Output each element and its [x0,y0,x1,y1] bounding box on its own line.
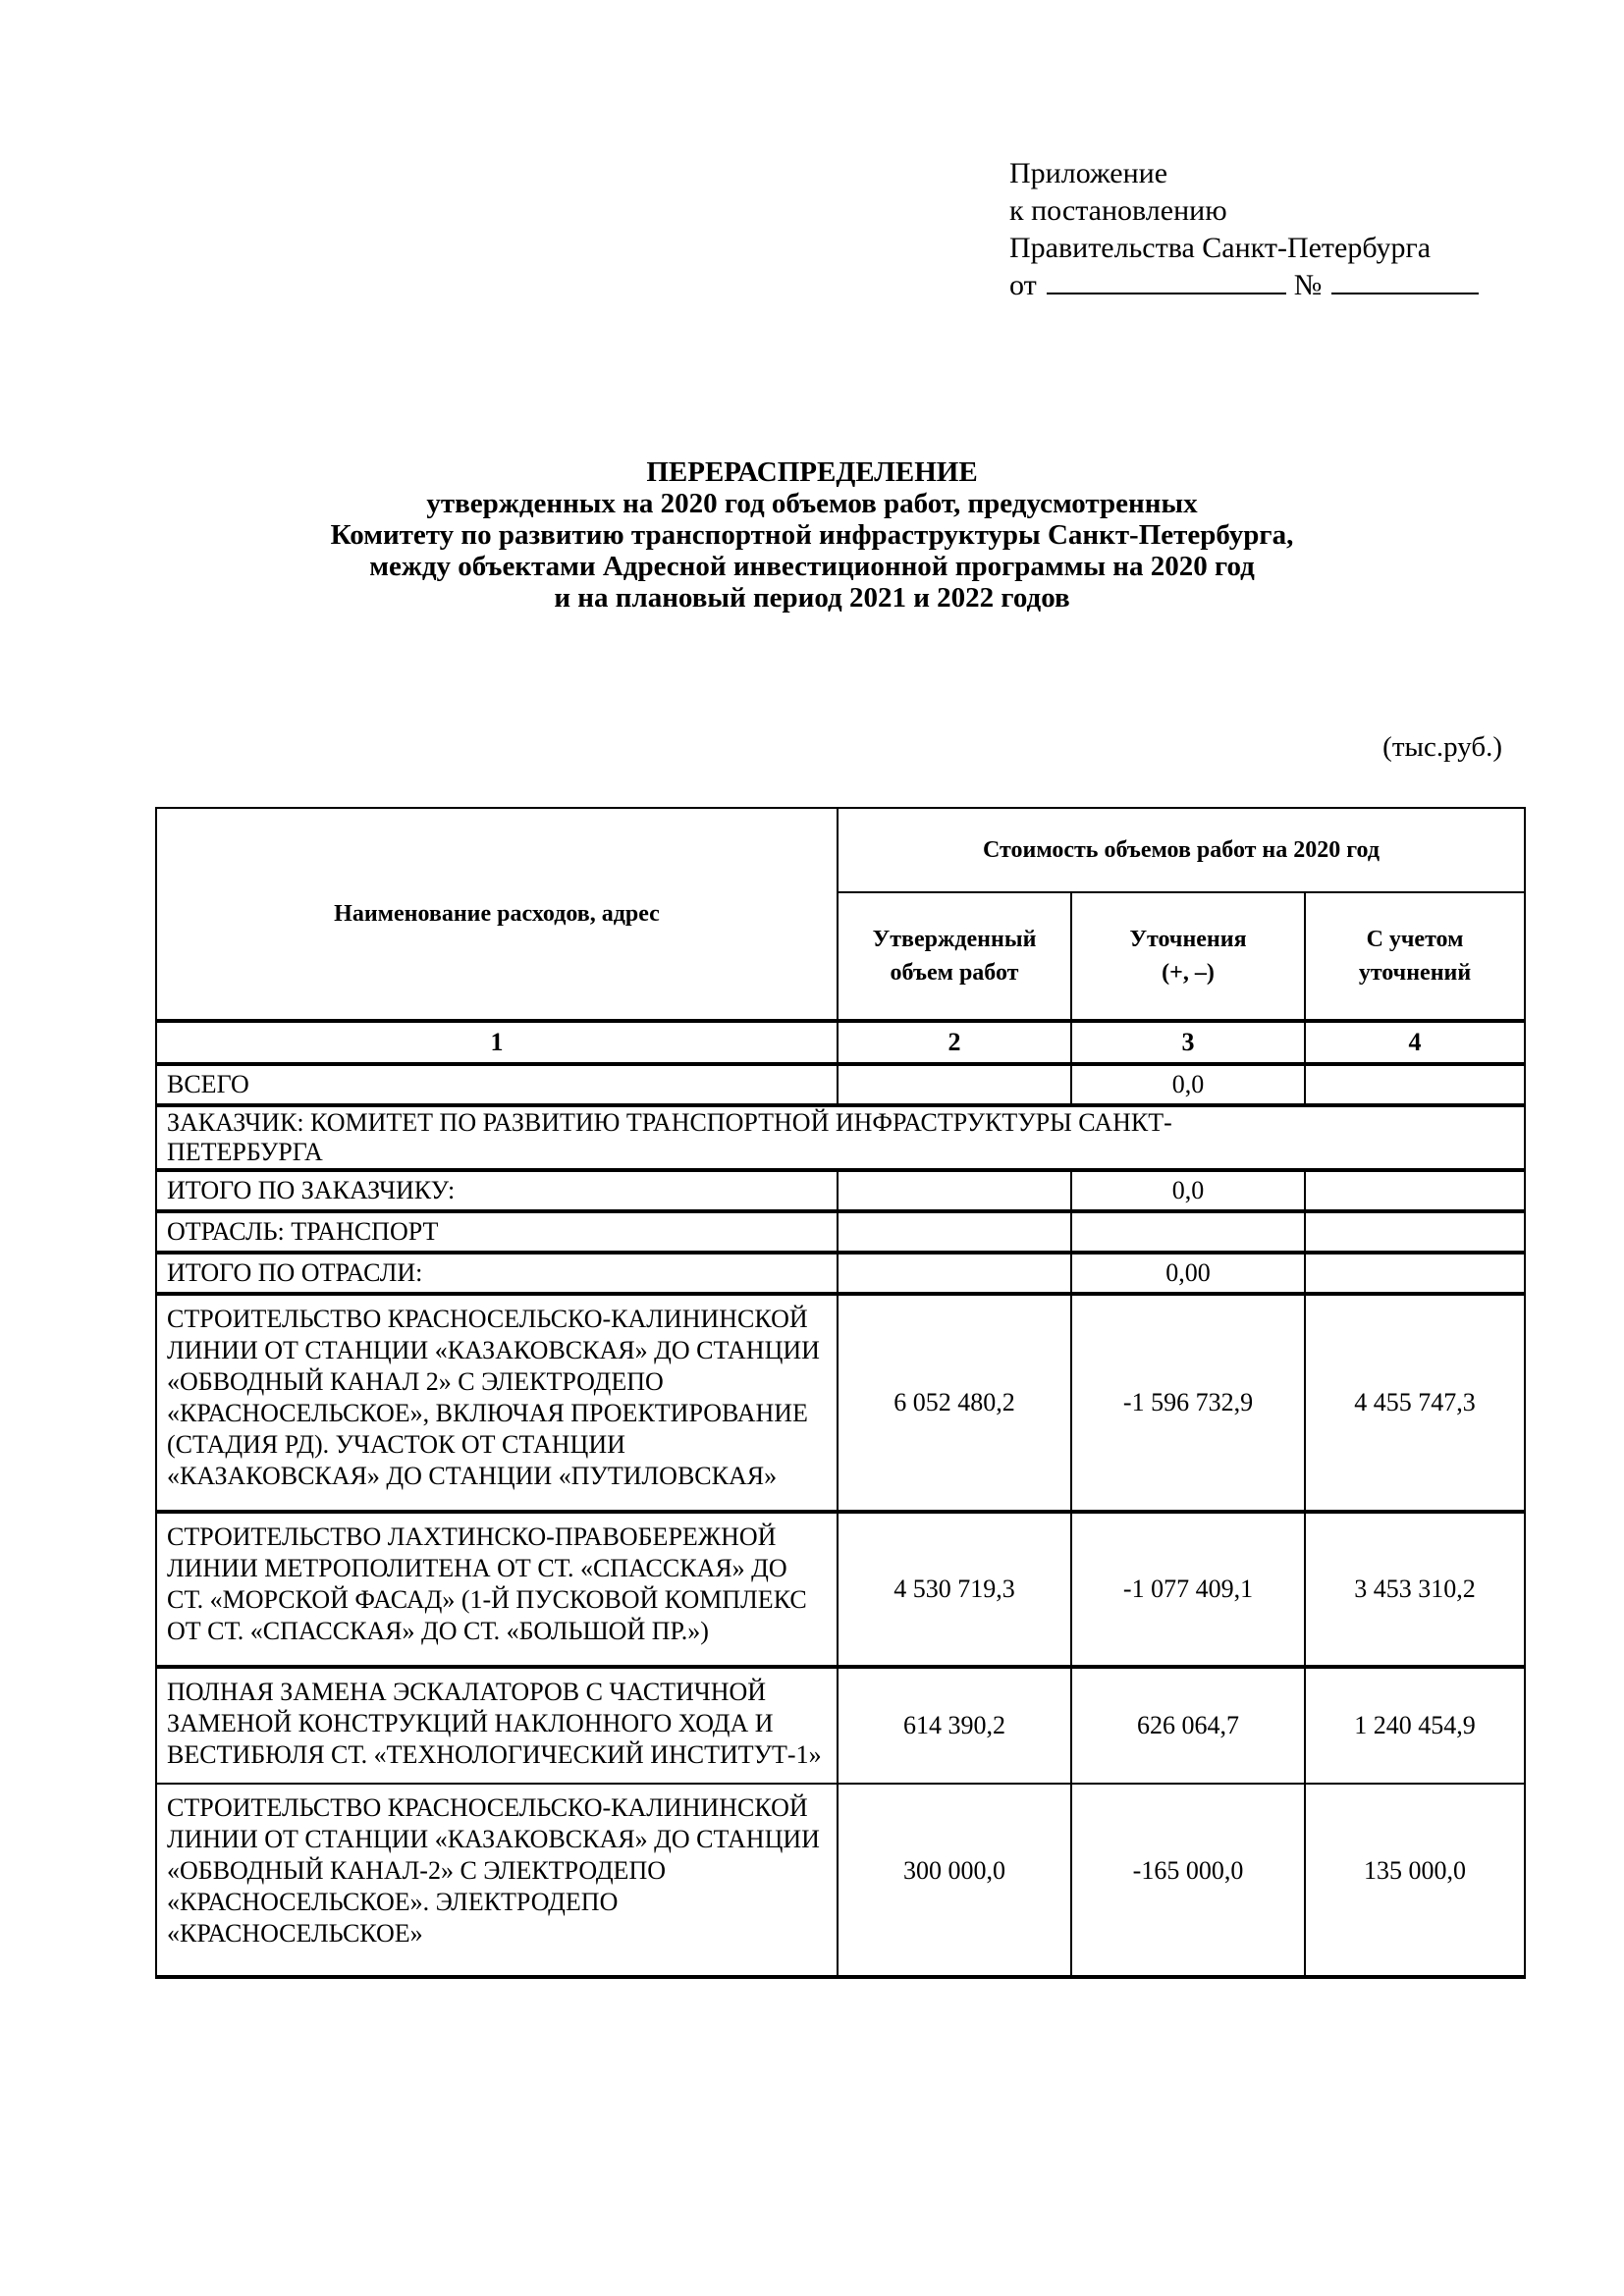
appendix-line: к постановлению [1009,192,1479,230]
header-changes: Уточнения(+, –) [1071,892,1305,1021]
title-line: между объектами Адресной инвестиционной … [0,551,1624,582]
row-approved [838,1211,1071,1253]
row-approved: 6 052 480,2 [838,1294,1071,1512]
row-adjusted: 4 455 747,3 [1305,1294,1525,1512]
row-name: СТРОИТЕЛЬСТВО ЛАХТИНСКО-ПРАВОБЕРЕЖНОЙ ЛИ… [156,1512,838,1667]
row-name: ИТОГО ПО ОТРАСЛИ: [156,1253,838,1294]
row-changes: 626 064,7 [1071,1667,1305,1784]
appendix-date-line: от№ [1009,267,1479,304]
row-changes: -1 596 732,9 [1071,1294,1305,1512]
row-changes [1071,1211,1305,1253]
row-adjusted: 3 453 310,2 [1305,1512,1525,1667]
title-line: утвержденных на 2020 год объемов работ, … [0,488,1624,519]
table-row-industry-total: ИТОГО ПО ОТРАСЛИ: 0,00 [156,1253,1525,1294]
row-adjusted: 135 000,0 [1305,1784,1525,1977]
row-adjusted [1305,1253,1525,1294]
row-adjusted [1305,1170,1525,1211]
row-changes: 0,0 [1071,1170,1305,1211]
row-changes: 0,0 [1071,1064,1305,1105]
row-name: ИТОГО ПО ЗАКАЗЧИКУ: [156,1170,838,1211]
row-name: СТРОИТЕЛЬСТВО КРАСНОСЕЛЬСКО-КАЛИНИНСКОЙ … [156,1294,838,1512]
document-title: ПЕРЕРАСПРЕДЕЛЕНИЕ утвержденных на 2020 г… [0,456,1624,614]
row-name: ЗАКАЗЧИК: КОМИТЕТ ПО РАЗВИТИЮ ТРАНСПОРТН… [156,1105,1525,1170]
number-blank [1331,267,1479,294]
units-label: (тыс.руб.) [1382,731,1502,764]
table-row-industry: ОТРАСЛЬ: ТРАНСПОРТ [156,1211,1525,1253]
row-adjusted [1305,1064,1525,1105]
row-approved [838,1064,1071,1105]
row-name: СТРОИТЕЛЬСТВО КРАСНОСЕЛЬСКО-КАЛИНИНСКОЙ … [156,1784,838,1977]
row-changes: 0,00 [1071,1253,1305,1294]
row-approved [838,1170,1071,1211]
redistribution-table: Наименование расходов, адрес Стоимость о… [155,807,1526,1979]
header-cost-group: Стоимость объемов работ на 2020 год [838,808,1525,892]
table-row-total: ВСЕГО 0,0 [156,1064,1525,1105]
row-adjusted: 1 240 454,9 [1305,1667,1525,1784]
date-blank [1047,267,1286,294]
header-adjusted: С учетомуточнений [1305,892,1525,1021]
row-approved: 614 390,2 [838,1667,1071,1784]
date-prefix: от [1009,269,1037,301]
title-heading: ПЕРЕРАСПРЕДЕЛЕНИЕ [0,456,1624,488]
title-line: Комитету по развитию транспортной инфрас… [0,519,1624,551]
table-row-customer-total: ИТОГО ПО ЗАКАЗЧИКУ: 0,0 [156,1170,1525,1211]
column-number: 4 [1305,1021,1525,1064]
column-number: 1 [156,1021,838,1064]
row-name: ВСЕГО [156,1064,838,1105]
row-changes: -165 000,0 [1071,1784,1305,1977]
table-row-project: СТРОИТЕЛЬСТВО КРАСНОСЕЛЬСКО-КАЛИНИНСКОЙ … [156,1294,1525,1512]
row-name: ПОЛНАЯ ЗАМЕНА ЭСКАЛАТОРОВ С ЧАСТИЧНОЙ ЗА… [156,1667,838,1784]
table-row-project: СТРОИТЕЛЬСТВО КРАСНОСЕЛЬСКО-КАЛИНИНСКОЙ … [156,1784,1525,1977]
table-row-project: ПОЛНАЯ ЗАМЕНА ЭСКАЛАТОРОВ С ЧАСТИЧНОЙ ЗА… [156,1667,1525,1784]
title-line: и на плановый период 2021 и 2022 годов [0,582,1624,614]
column-number: 3 [1071,1021,1305,1064]
appendix-line: Правительства Санкт-Петербурга [1009,230,1479,267]
appendix-block: Приложение к постановлению Правительства… [1009,155,1479,304]
header-approved: Утвержденныйобъем работ [838,892,1071,1021]
row-approved [838,1253,1071,1294]
row-changes: -1 077 409,1 [1071,1512,1305,1667]
row-name: ОТРАСЛЬ: ТРАНСПОРТ [156,1211,838,1253]
table-row-customer: ЗАКАЗЧИК: КОМИТЕТ ПО РАЗВИТИЮ ТРАНСПОРТН… [156,1105,1525,1170]
column-number-row: 1 2 3 4 [156,1021,1525,1064]
column-number: 2 [838,1021,1071,1064]
appendix-line: Приложение [1009,155,1479,192]
row-adjusted [1305,1211,1525,1253]
number-sign: № [1294,269,1323,301]
table-row-project: СТРОИТЕЛЬСТВО ЛАХТИНСКО-ПРАВОБЕРЕЖНОЙ ЛИ… [156,1512,1525,1667]
row-approved: 4 530 719,3 [838,1512,1071,1667]
header-name-column: Наименование расходов, адрес [156,808,838,1021]
row-approved: 300 000,0 [838,1784,1071,1977]
